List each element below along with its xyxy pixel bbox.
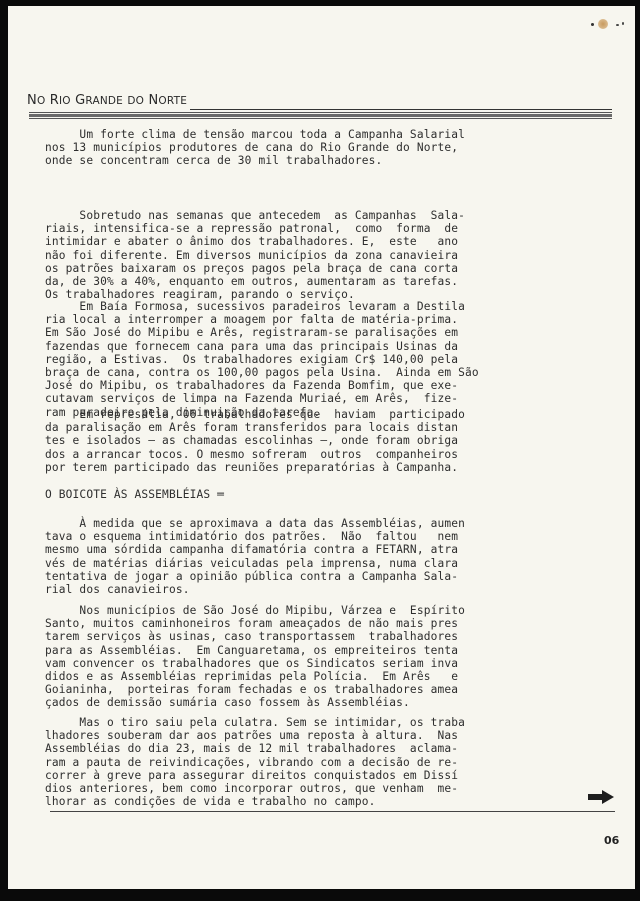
text-line: mesmo uma sórdida campanha difamatória c… <box>45 543 605 556</box>
text-line: tentativa de jogar a opinião pública con… <box>45 570 605 583</box>
paragraph: Sobretudo nas semanas que antecedem as C… <box>45 209 605 301</box>
text-line: Nos municípios de São José do Mipibu, Vá… <box>45 604 605 617</box>
text-line: cutavam serviços de limpa na Fazenda Mur… <box>45 392 605 405</box>
text-line: Um forte clima de tensão marcou toda a C… <box>45 128 605 141</box>
text-line: Sobretudo nas semanas que antecedem as C… <box>45 209 605 222</box>
right-arrow-icon <box>588 790 614 804</box>
text-line: çados de demissão sumária caso fossem às… <box>45 696 605 709</box>
page-number: 06 <box>604 834 619 847</box>
text-line: Santo, muitos caminhoneiros foram ameaça… <box>45 617 605 630</box>
paragraph: Mas o tiro saiu pela culatra. Sem se int… <box>45 716 605 808</box>
heading-word: NORTE <box>148 93 187 108</box>
paragraph: À medida que se aproximava a data das As… <box>45 517 605 596</box>
text-line: da, de 30% a 40%, enquanto em outros, au… <box>45 275 605 288</box>
text-line: Em São José do Mipibu e Arês, registrara… <box>45 326 605 339</box>
text-line: nos 13 municípios produtores de cana do … <box>45 141 605 154</box>
text-line: riais, intensifica-se a repressão patron… <box>45 222 605 235</box>
text-line: não foi diferente. Em diversos município… <box>45 249 605 262</box>
text-line: rial dos canavieiros. <box>45 583 605 596</box>
section-heading: NO RIO GRANDE DO NORTE <box>27 93 187 108</box>
text-line: fazendas que fornecem cana para uma das … <box>45 340 605 353</box>
text-line: Assembléias do dia 23, mais de 12 mil tr… <box>45 742 605 755</box>
heading-rule <box>29 118 612 119</box>
text-line: intimidar e abater o ânimo dos trabalhad… <box>45 235 605 248</box>
text-line: ram a pauta de reivindicações, vibrando … <box>45 756 605 769</box>
text-line: para as Assembléias. Em Canguaretama, os… <box>45 644 605 657</box>
footer-rule <box>50 811 615 812</box>
text-line: vés de matérias diárias veiculadas pela … <box>45 557 605 570</box>
heading-word: NO <box>27 93 45 108</box>
text-line: didos e as Assembléias reprimidas pela P… <box>45 670 605 683</box>
paragraph: Em Baía Formosa, sucessivos paradeiros l… <box>45 300 605 419</box>
text-line: tes e isolados – as chamadas escolinhas … <box>45 434 605 447</box>
text-line: Goianinha, porteiras foram fechadas e os… <box>45 683 605 696</box>
paragraph: Um forte clima de tensão marcou toda a C… <box>45 128 605 168</box>
heading-word: DO <box>127 93 144 108</box>
heading-word: RIO <box>50 93 71 108</box>
text-line: vam convencer os trabalhadores que os Si… <box>45 657 605 670</box>
text-line: da paralisação em Arês foram transferido… <box>45 421 605 434</box>
text-line: tava o esquema intimidatório dos patrões… <box>45 530 605 543</box>
subheading: O BOICOTE ÀS ASSEMBLÉIAS ═ <box>45 488 224 501</box>
text-line: dos a arrancar tocos. O mesmo sofreram o… <box>45 448 605 461</box>
text-line: região, a Estivas. Os trabalhadores exig… <box>45 353 605 366</box>
paragraph: Em represália, 06 trabalhadores que havi… <box>45 408 605 474</box>
paper-stain <box>588 18 628 32</box>
heading-rule <box>29 112 612 113</box>
text-line: tarem serviços às usinas, caso transport… <box>45 630 605 643</box>
text-line: onde se concentram cerca de 30 mil traba… <box>45 154 605 167</box>
text-line: por terem participado das reuniões prepa… <box>45 461 605 474</box>
text-line: os patrões baixaram os preços pagos pela… <box>45 262 605 275</box>
text-line: correr à greve para assegurar direitos c… <box>45 769 605 782</box>
heading-underline <box>190 109 612 110</box>
text-line: Mas o tiro saiu pela culatra. Sem se int… <box>45 716 605 729</box>
text-line: José do Mipibu, os trabalhadores da Faze… <box>45 379 605 392</box>
text-line: À medida que se aproximava a data das As… <box>45 517 605 530</box>
heading-word: GRANDE <box>75 93 123 108</box>
heading-rule <box>29 114 612 117</box>
paragraph: Nos municípios de São José do Mipibu, Vá… <box>45 604 605 710</box>
text-line: Em Baía Formosa, sucessivos paradeiros l… <box>45 300 605 313</box>
text-line: dios anteriores, bem como incorporar out… <box>45 782 605 795</box>
text-line: ria local a interromper a moagem por fal… <box>45 313 605 326</box>
text-line: lhadores souberam dar aos patrões uma re… <box>45 729 605 742</box>
text-line: Em represália, 06 trabalhadores que havi… <box>45 408 605 421</box>
text-line: braça de cana, contra os 100,00 pagos pe… <box>45 366 605 379</box>
text-line: lhorar as condições de vida e trabalho n… <box>45 795 605 808</box>
